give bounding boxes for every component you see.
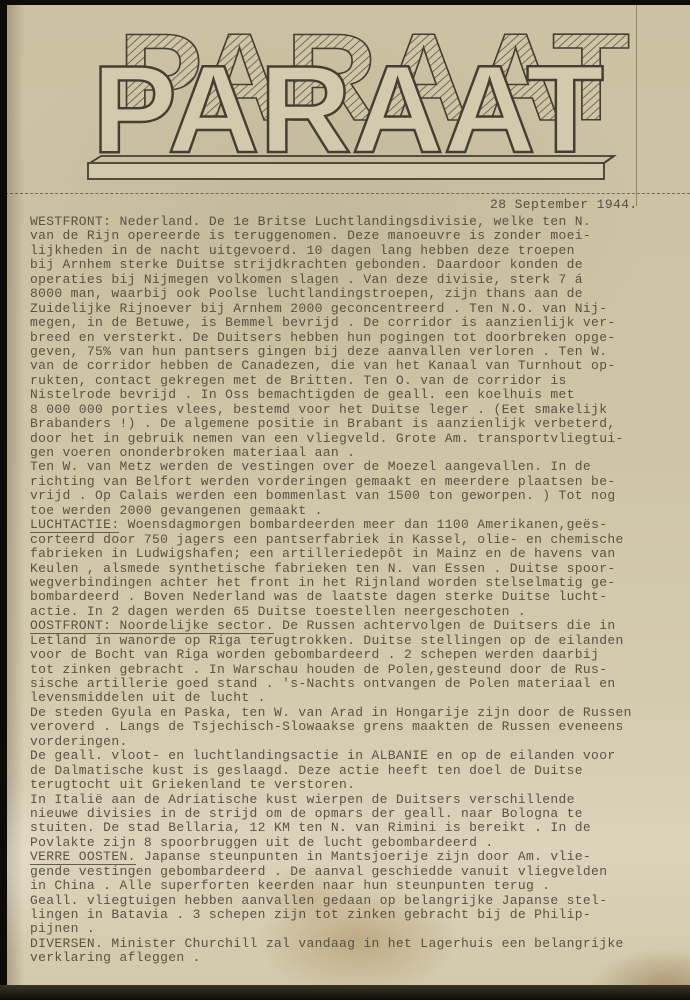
article-line: actie. In 2 dagen werden 65 Duitse toest…: [30, 605, 682, 619]
article-line: bij Arnhem sterke Duitse strijdkrachten …: [30, 258, 682, 272]
section-heading: DIVERSEN.: [30, 937, 103, 951]
article-line: lingen in Batavia . 3 schepen zijn tot z…: [30, 908, 682, 922]
article-line: Nistelrode bevrijd . In Oss bemachtigden…: [30, 388, 682, 402]
article-line: richting van Belfort werden vorderingen …: [30, 475, 682, 489]
article-line: voor de Bocht van Riga worden gebombarde…: [30, 648, 682, 662]
article-line: toe werden 2000 gevangenen gemaakt .: [30, 504, 682, 518]
article-line: vrijd . Op Calais werden een bommenlast …: [30, 489, 682, 503]
article-line: veroverd . Langs de Tsjechisch-Slowaakse…: [30, 720, 682, 734]
section-heading: LUCHTACTIE:: [30, 518, 119, 532]
section-heading: OOSTFRONT: Noordelijke sector.: [30, 619, 274, 633]
article-line: VERRE OOSTEN. Japanse steunpunten in Man…: [30, 850, 682, 864]
article-line: rukten, contact gekregen met de Britten.…: [30, 374, 682, 388]
scanned-page: PARAAT PARAAT 28 September 1944. WESTFRO…: [0, 0, 690, 1000]
article-line: WESTFRONT: Nederland. De 1e Britse Lucht…: [30, 215, 682, 229]
article-line: Ten W. van Metz werden de vestingen over…: [30, 460, 682, 474]
article-line: Povlakte zijn 8 spoorbruggen uit de luch…: [30, 836, 682, 850]
masthead-title-text: PARAAT: [92, 41, 604, 179]
divider-line: [0, 193, 690, 194]
article-line: Geall. vliegtuigen hebben aanvallen geda…: [30, 894, 682, 908]
article-line: fabrieken in Ludwigshafen; een artilleri…: [30, 547, 682, 561]
article-line: megen, in de Betuwe, is Bemmel bevrijd .…: [30, 316, 682, 330]
date-label: 28 September 1944.: [490, 197, 638, 212]
section-heading: WESTFRONT: Nederland.: [30, 215, 201, 229]
article-line: wegverbindingen achter het front in het …: [30, 576, 682, 590]
article-line: operaties bij Nijmegen volkomen slagen .…: [30, 273, 682, 287]
article-line: breed en versterkt. De Duitsers hebben h…: [30, 331, 682, 345]
article-line: levensmiddelen uit de lucht .: [30, 691, 682, 705]
margin-rule-line: [636, 4, 637, 206]
article-line: van de Rijn opereerde is teruggenomen. D…: [30, 229, 682, 243]
article-line: geven, 75% van hun pantsers gingen bij d…: [30, 345, 682, 359]
article-line: vorderingen.: [30, 735, 682, 749]
article-line: tot zinken gebracht . In Warschau houden…: [30, 663, 682, 677]
article-line: stuiten. De stad Bellaria, 12 KM ten N. …: [30, 821, 682, 835]
scan-edge-left: [0, 0, 7, 1000]
article-line: verklaring afleggen .: [30, 951, 682, 965]
article-lines: WESTFRONT: Nederland. De 1e Britse Lucht…: [30, 215, 682, 966]
article-line: Letland in wanorde op Riga terugtrokken.…: [30, 634, 682, 648]
article-line: OOSTFRONT: Noordelijke sector. De Russen…: [30, 619, 682, 633]
article-line: terugtocht uit Griekenland te verstoren.: [30, 778, 682, 792]
article-line: de Dalmatische kust is geslaagd. Deze ac…: [30, 764, 682, 778]
article-line: door het in gebruik nemen van een vliegv…: [30, 432, 682, 446]
article-line: sische artillerie goed stand . 's-Nachts…: [30, 677, 682, 691]
article-line: corteerd door 750 jagers een pantserfabr…: [30, 533, 682, 547]
article-line: De steden Gyula en Paska, ten W. van Ara…: [30, 706, 682, 720]
article-line: Brabanders !) . De algemene positie in B…: [30, 417, 682, 431]
article-line: nieuwe divisies in de strijd om de opmar…: [30, 807, 682, 821]
scan-edge-top: [0, 0, 690, 5]
article-line: DIVERSEN. Minister Churchill zal vandaag…: [30, 937, 682, 951]
article-line: LUCHTACTIE: Woensdagmorgen bombardeerden…: [30, 518, 682, 532]
article-line: De geall. vloot- en luchtlandingsactie i…: [30, 749, 682, 763]
article-line: lijkheden in de nacht uitgevoerd. 10 dag…: [30, 244, 682, 258]
article-line: gende vestingen gebombardeerd . De aanva…: [30, 865, 682, 879]
article-line: Keulen , alsmede synthetische fabrieken …: [30, 562, 682, 576]
article-line: Zuidelijke Rijnoever bij Arnhem 2000 gec…: [30, 302, 682, 316]
scan-edge-bottom: [0, 985, 690, 1000]
article-line: 8000 man, waarbij ook Poolse luchtlandin…: [30, 287, 682, 301]
article-line: 8 000 000 porties vlees, bestemd voor he…: [30, 403, 682, 417]
article-line: van de corridor hebben de Canadezen, die…: [30, 359, 682, 373]
article-line: gen voeren ononderbroken materiaal aan .: [30, 446, 682, 460]
article-line: pijnen .: [30, 922, 682, 936]
article-line: In Italië aan de Adriatische kust wierpe…: [30, 793, 682, 807]
masthead-logo: PARAAT PARAAT: [0, 0, 690, 200]
section-heading: VERRE OOSTEN.: [30, 850, 136, 864]
article-line: bombardeerd . Boven Nederland was de laa…: [30, 590, 682, 604]
article-line: in China . Alle superforten keerden naar…: [30, 879, 682, 893]
